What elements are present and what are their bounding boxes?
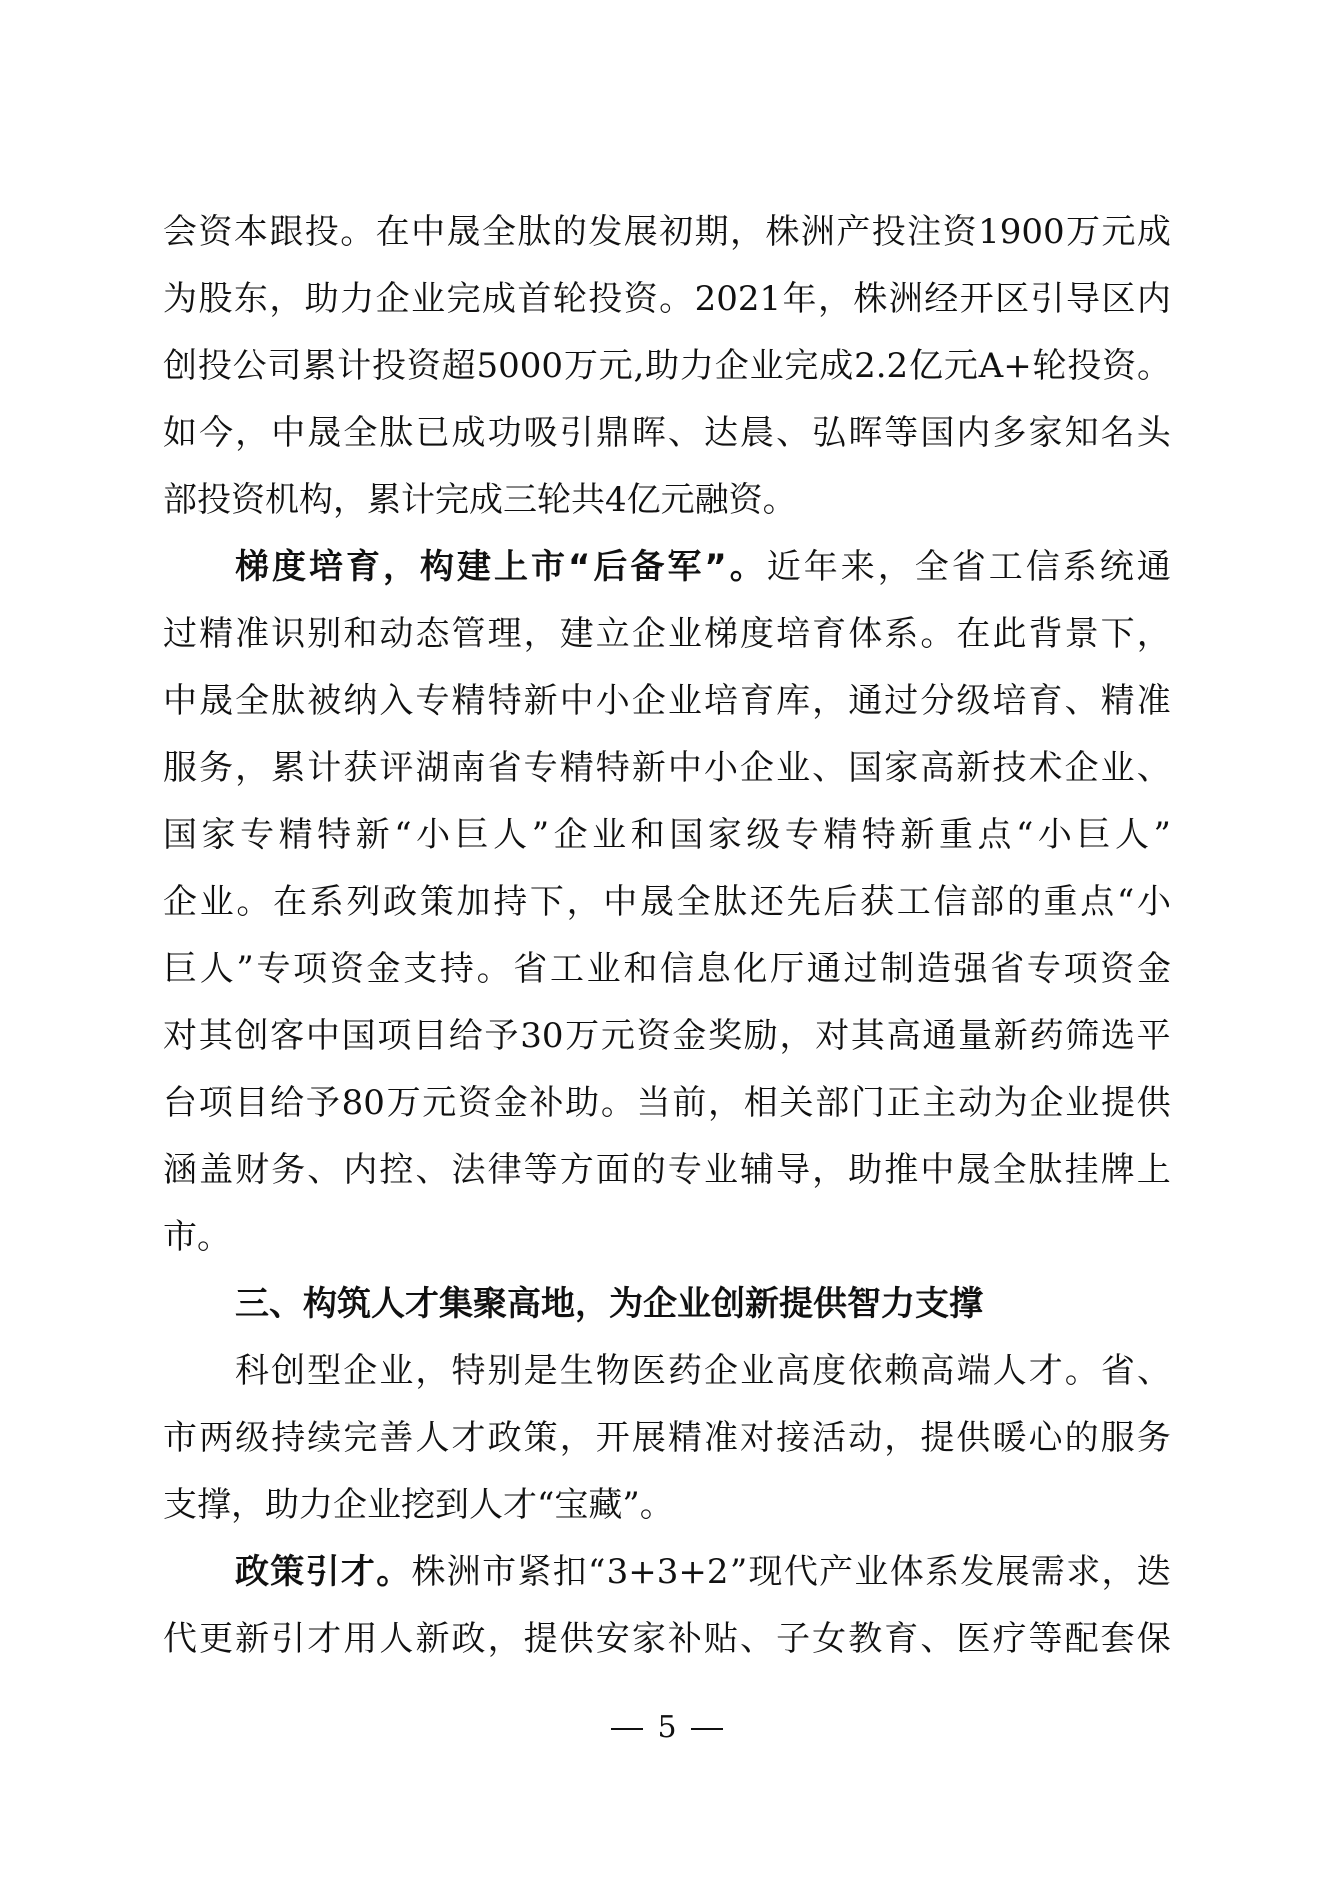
- glyph: 年: [804, 534, 838, 601]
- glyph: 资: [330, 936, 364, 1003]
- glyph: 特: [451, 1338, 485, 1405]
- glyph: 迭: [1137, 1539, 1171, 1606]
- glyph: 市: [163, 1405, 197, 1472]
- glyph: 在: [956, 601, 990, 668]
- glyph: 、: [920, 1606, 954, 1673]
- text-line: 代更新引才用人新政，提供安家补贴、子女教育、医疗等配套保: [163, 1606, 1171, 1673]
- glyph: 内: [343, 1137, 377, 1204]
- glyph: 新: [900, 802, 934, 869]
- paragraph-start-line: 科创型企业，特别是生物医药企业高度依赖高端人才。省、: [163, 1338, 1171, 1405]
- glyph: 工: [897, 869, 931, 936]
- glyph: 全: [343, 400, 377, 467]
- glyph: 通: [807, 936, 841, 1003]
- glyph: 业: [740, 1338, 774, 1405]
- glyph: 涵: [163, 1137, 197, 1204]
- glyph: 中: [411, 199, 445, 266]
- glyph: 业: [1101, 735, 1135, 802]
- glyph: 展: [624, 199, 658, 266]
- glyph: ,: [633, 333, 644, 400]
- glyph: 代: [163, 1606, 197, 1673]
- glyph: 辅: [740, 1137, 774, 1204]
- glyph: 级: [746, 802, 780, 869]
- glyph: 晟: [956, 1137, 990, 1204]
- glyph: 成: [452, 400, 486, 467]
- glyph: 资: [637, 1003, 671, 1070]
- glyph: 的: [1007, 869, 1041, 936]
- glyph: 司: [267, 333, 301, 400]
- glyph: 、: [1137, 1338, 1171, 1405]
- glyph: 晟: [447, 199, 481, 266]
- glyph: 资: [458, 1070, 492, 1137]
- glyph: 。: [920, 601, 954, 668]
- glyph: 。: [1065, 1338, 1099, 1405]
- glyph: 梯: [704, 601, 738, 668]
- glyph: 元: [599, 333, 633, 400]
- glyph: 安: [596, 1606, 630, 1673]
- glyph: 业: [668, 601, 702, 668]
- glyph: 分: [920, 668, 954, 735]
- glyph: 亿: [909, 333, 943, 400]
- page-number: 5: [0, 1708, 1334, 1748]
- glyph: 补: [529, 1070, 563, 1137]
- glyph: 企: [704, 1338, 738, 1405]
- glyph: ，: [730, 199, 764, 266]
- glyph: 目: [234, 1070, 268, 1137]
- glyph: 善: [379, 1405, 413, 1472]
- glyph: 体: [890, 1539, 924, 1606]
- glyph: 下: [1101, 601, 1135, 668]
- glyph: 经: [924, 266, 958, 333]
- glyph: 近: [767, 534, 801, 601]
- page-number-value: 5: [657, 1710, 676, 1745]
- glyph: 的: [632, 1137, 666, 1204]
- glyph: 洲: [447, 1539, 481, 1606]
- glyph: 3+3+2: [607, 1539, 729, 1606]
- glyph: 活: [812, 1405, 846, 1472]
- glyph: 、: [307, 1137, 341, 1204]
- glyph: 系: [310, 869, 344, 936]
- glyph: 。: [601, 1070, 635, 1137]
- glyph: A+: [979, 333, 1032, 400]
- glyph: 万: [387, 1070, 421, 1137]
- glyph: 80: [342, 1070, 385, 1137]
- glyph: 资: [943, 199, 977, 266]
- glyph: 晟: [307, 400, 341, 467]
- glyph: 对: [740, 1405, 774, 1472]
- glyph: 育: [346, 534, 380, 601]
- glyph: 展: [632, 1405, 666, 1472]
- glyph: 教: [848, 1606, 882, 1673]
- glyph: 株: [765, 199, 799, 266]
- glyph: 家: [1029, 400, 1063, 467]
- glyph: 省: [1101, 1338, 1135, 1405]
- glyph: 国: [163, 802, 197, 869]
- glyph: 盖: [199, 1137, 233, 1204]
- glyph: 通: [848, 668, 882, 735]
- glyph: 才: [452, 1405, 486, 1472]
- glyph: 主: [922, 1070, 956, 1137]
- glyph: 元: [944, 333, 978, 400]
- glyph: 区: [995, 266, 1029, 333]
- glyph: 专: [240, 802, 274, 869]
- glyph: 获: [860, 869, 894, 936]
- glyph: 先: [787, 869, 821, 936]
- glyph: 务: [1137, 1405, 1171, 1472]
- glyph: 政: [452, 1606, 486, 1673]
- glyph: 。: [1137, 333, 1171, 400]
- glyph: 评: [379, 735, 413, 802]
- glyph: 体: [848, 601, 882, 668]
- glyph: 度: [740, 601, 774, 668]
- glyph: 育: [812, 601, 846, 668]
- glyph: 对: [815, 1003, 849, 1070]
- glyph: 全: [915, 534, 949, 601]
- glyph: 专: [415, 668, 449, 735]
- glyph: 女: [812, 1606, 846, 1673]
- glyph: 态: [415, 601, 449, 668]
- glyph: 超: [442, 333, 476, 400]
- glyph: 通: [922, 1003, 956, 1070]
- glyph: 加: [457, 869, 491, 936]
- glyph: 法: [452, 1137, 486, 1204]
- glyph: 小: [1038, 802, 1072, 869]
- glyph: 5000: [476, 333, 563, 400]
- glyph: 项: [1064, 936, 1098, 1003]
- glyph: 在: [273, 869, 307, 936]
- glyph: 资: [407, 333, 441, 400]
- glyph: 项: [377, 1003, 411, 1070]
- glyph: 功: [488, 400, 522, 467]
- glyph: 量: [958, 1003, 992, 1070]
- glyph: 业: [668, 668, 702, 735]
- glyph: 创: [163, 333, 197, 400]
- glyph: 产: [819, 1539, 853, 1606]
- glyph: 给: [270, 1070, 304, 1137]
- glyph: 企: [1030, 1070, 1064, 1137]
- glyph: 系: [884, 601, 918, 668]
- glyph: 新: [956, 735, 990, 802]
- glyph: 等: [524, 1137, 558, 1204]
- glyph: 肽: [713, 869, 747, 936]
- glyph: 累: [271, 735, 305, 802]
- paragraph-start-line: 政策引才。株洲市紧扣“3+3+2”现代产业体系发展需求，迭: [163, 1539, 1171, 1606]
- glyph: 后: [593, 534, 627, 601]
- glyph: 培: [776, 601, 810, 668]
- glyph: ，: [235, 735, 269, 802]
- glyph: 其: [851, 1003, 885, 1070]
- glyph: 初: [659, 199, 693, 266]
- glyph: 正: [887, 1070, 921, 1137]
- glyph: 信: [1026, 534, 1060, 601]
- glyph: 专: [785, 802, 819, 869]
- glyph: 为: [163, 266, 197, 333]
- glyph: 特: [596, 735, 630, 802]
- glyph: 的: [553, 199, 587, 266]
- glyph: 头: [1137, 400, 1171, 467]
- glyph: 梯: [235, 534, 269, 601]
- glyph: 中: [271, 400, 305, 467]
- glyph: 金: [494, 1070, 528, 1137]
- glyph: 专: [524, 735, 558, 802]
- glyph: 今: [199, 400, 233, 467]
- glyph: 科: [235, 1338, 269, 1405]
- glyph: 、: [1137, 735, 1171, 802]
- glyph: 奖: [708, 1003, 742, 1070]
- text-line: 市。: [163, 1204, 1171, 1271]
- glyph: 高: [887, 1003, 921, 1070]
- glyph: 此: [992, 601, 1026, 668]
- glyph: 资: [198, 199, 232, 266]
- glyph: 来: [841, 534, 875, 601]
- glyph: 助: [848, 1137, 882, 1204]
- glyph: 新: [356, 802, 390, 869]
- glyph: 部: [970, 869, 1004, 936]
- glyph: 和: [343, 601, 377, 668]
- glyph: 才: [307, 1606, 341, 1673]
- glyph: 中: [668, 735, 702, 802]
- glyph: 发: [960, 1539, 994, 1606]
- glyph: ，: [488, 1606, 522, 1673]
- glyph: 管: [452, 601, 486, 668]
- text-line: 为股东，助力企业完成首轮投资。2021年，株洲经开区引导区内: [163, 266, 1171, 333]
- glyph: 精: [560, 735, 594, 802]
- glyph: ，: [567, 869, 601, 936]
- glyph: 生: [560, 1338, 594, 1405]
- glyph: 项: [199, 1070, 233, 1137]
- glyph: 家: [632, 1606, 666, 1673]
- glyph: 首: [517, 266, 551, 333]
- glyph: 全: [482, 199, 516, 266]
- glyph: 通: [1137, 534, 1171, 601]
- glyph: 台: [163, 1070, 197, 1137]
- glyph: 备: [630, 534, 664, 601]
- glyph: 投: [372, 333, 406, 400]
- glyph: 中: [560, 668, 594, 735]
- glyph: 服: [1101, 1405, 1135, 1472]
- glyph: ，: [560, 1405, 594, 1472]
- glyph: 医: [956, 1606, 990, 1673]
- glyph: 持: [440, 936, 474, 1003]
- glyph: 用: [343, 1606, 377, 1673]
- glyph: 引: [560, 400, 594, 467]
- glyph: 上: [494, 534, 528, 601]
- glyph: 贴: [704, 1606, 738, 1673]
- glyph: 供: [1137, 1070, 1171, 1137]
- glyph: 医: [632, 1338, 666, 1405]
- glyph: 导: [776, 1137, 810, 1204]
- glyph: 动: [958, 1070, 992, 1137]
- glyph: 精: [279, 802, 313, 869]
- glyph: 方: [560, 1137, 594, 1204]
- glyph: 构: [420, 534, 454, 601]
- glyph: 引: [271, 1606, 305, 1673]
- glyph: 企: [1065, 735, 1099, 802]
- body-text: 会资本跟投。在中晟全肽的发展初期，株洲产投注资1900万元成 为股东，助力企业完…: [163, 199, 1171, 1673]
- glyph: 。: [340, 199, 374, 266]
- glyph: 为: [994, 1070, 1028, 1137]
- glyph: ，: [415, 1338, 449, 1405]
- glyph: 株: [411, 1539, 445, 1606]
- glyph: 国: [920, 400, 954, 467]
- glyph: 新: [994, 1003, 1028, 1070]
- glyph: 准: [704, 1405, 738, 1472]
- text-line: 涵盖财务、内控、法律等方面的专业辅导，助推中晟全肽挂牌上: [163, 1137, 1171, 1204]
- glyph: 点: [977, 802, 1011, 869]
- glyph: 在: [376, 199, 410, 266]
- glyph: 别: [488, 1338, 522, 1405]
- glyph: 晖: [632, 400, 666, 467]
- glyph: 金: [1137, 936, 1171, 1003]
- glyph: 。: [376, 1539, 410, 1606]
- glyph: 业: [750, 333, 784, 400]
- text-line: 巨人”专项资金支持。省工业和信息化厅通过制造强省专项资金: [163, 936, 1171, 1003]
- glyph: 投: [588, 266, 622, 333]
- glyph: ”: [704, 534, 726, 601]
- glyph: 、: [776, 400, 810, 467]
- glyph: 助: [565, 1070, 599, 1137]
- glyph: 鼎: [596, 400, 630, 467]
- glyph: 新: [524, 668, 558, 735]
- glyph: 工: [550, 936, 584, 1003]
- glyph: ，: [812, 1137, 846, 1204]
- glyph: 资: [624, 266, 658, 333]
- glyph: 专: [1027, 936, 1061, 1003]
- glyph: 全: [235, 668, 269, 735]
- glyph: 名: [1101, 400, 1135, 467]
- glyph: 培: [992, 668, 1026, 735]
- text-line: 市两级持续完善人才政策，开展精准对接活动，提供暖心的服务: [163, 1405, 1171, 1472]
- glyph: 人: [1115, 802, 1149, 869]
- glyph: ”: [236, 936, 253, 1003]
- glyph: 元: [422, 1070, 456, 1137]
- glyph: 动: [379, 601, 413, 668]
- glyph: 力: [680, 333, 714, 400]
- glyph: 药: [668, 1338, 702, 1405]
- glyph: 资: [1102, 333, 1136, 400]
- glyph: 律: [488, 1137, 522, 1204]
- glyph: 注: [907, 199, 941, 266]
- glyph: 金: [367, 936, 401, 1003]
- glyph: 前: [672, 1070, 706, 1137]
- glyph: 挂: [1065, 1137, 1099, 1204]
- glyph: 面: [596, 1137, 630, 1204]
- glyph: 续: [307, 1405, 341, 1472]
- glyph: 需: [1031, 1539, 1065, 1606]
- glyph: 供: [956, 1405, 990, 1472]
- glyph: 企: [715, 333, 749, 400]
- glyph: 识: [271, 601, 305, 668]
- glyph: 计: [337, 333, 371, 400]
- glyph: 投: [1067, 333, 1101, 400]
- glyph: ”: [730, 1539, 747, 1606]
- glyph: 开: [596, 1405, 630, 1472]
- glyph: 企: [554, 802, 588, 869]
- glyph: 。: [730, 534, 764, 601]
- glyph: 持: [493, 869, 527, 936]
- glyph: 策: [420, 869, 454, 936]
- glyph: 技: [992, 735, 1026, 802]
- glyph: 关: [779, 1070, 813, 1137]
- glyph: 省: [513, 936, 547, 1003]
- glyph: 药: [1030, 1003, 1064, 1070]
- glyph: 东: [234, 266, 268, 333]
- glyph: 晟: [199, 668, 233, 735]
- text-line: 国家专精特新“小巨人”企业和国家级专精特新重点“小巨人”: [163, 802, 1171, 869]
- glyph: 人: [379, 1606, 413, 1673]
- glyph: ，: [779, 1003, 813, 1070]
- glyph: 小: [704, 735, 738, 802]
- glyph: 全: [992, 1137, 1026, 1204]
- glyph: 务: [271, 1137, 305, 1204]
- glyph: 精: [199, 601, 233, 668]
- glyph: 信: [660, 936, 694, 1003]
- glyph: 、: [812, 735, 846, 802]
- glyph: 国: [669, 802, 703, 869]
- glyph: ，: [884, 1405, 918, 1472]
- glyph: ，: [818, 266, 852, 333]
- dash-left: [611, 1728, 643, 1730]
- glyph: 达: [704, 400, 738, 467]
- glyph: 人: [993, 1338, 1027, 1405]
- glyph: 累: [302, 333, 336, 400]
- text-line: 中晟全肽被纳入专精特新中小企业培育库，通过分级培育、精准: [163, 668, 1171, 735]
- glyph: 小: [1137, 869, 1171, 936]
- glyph: 筛: [1065, 1003, 1099, 1070]
- glyph: 点: [1080, 869, 1114, 936]
- glyph: 人: [200, 936, 234, 1003]
- glyph: 重: [939, 802, 973, 869]
- glyph: 投: [198, 333, 232, 400]
- glyph: 企: [632, 668, 666, 735]
- glyph: 、: [415, 1137, 449, 1204]
- glyph: 相: [744, 1070, 778, 1137]
- glyph: 培: [309, 534, 343, 601]
- glyph: 平: [1137, 1003, 1171, 1070]
- glyph: 资: [1100, 936, 1134, 1003]
- glyph: 肽: [379, 400, 413, 467]
- glyph: 的: [1065, 1405, 1099, 1472]
- glyph: 端: [957, 1338, 991, 1405]
- glyph: 特: [862, 802, 896, 869]
- glyph: 专: [668, 1137, 702, 1204]
- glyph: 企: [343, 1338, 377, 1405]
- glyph: 制: [880, 936, 914, 1003]
- glyph: 务: [199, 735, 233, 802]
- glyph: 政: [235, 1539, 269, 1606]
- glyph: 准: [1137, 668, 1171, 735]
- glyph: 轮: [1033, 333, 1067, 400]
- glyph: 股: [198, 266, 232, 333]
- glyph: 列: [346, 869, 380, 936]
- glyph: 度: [812, 1338, 846, 1405]
- glyph: 。: [236, 869, 270, 936]
- glyph: 业: [592, 802, 626, 869]
- glyph: 是: [524, 1338, 558, 1405]
- glyph: 息: [697, 936, 731, 1003]
- glyph: 计: [307, 735, 341, 802]
- glyph: 晖: [848, 400, 882, 467]
- glyph: 才: [1029, 1338, 1063, 1405]
- glyph: 推: [884, 1137, 918, 1204]
- text-line: 创投公司累计投资超5000万元,助力企业完成2.2亿元A+轮投资。: [163, 333, 1171, 400]
- glyph: 提: [920, 1405, 954, 1472]
- glyph: 成: [482, 266, 516, 333]
- glyph: 上: [1137, 1137, 1171, 1204]
- glyph: 小: [596, 668, 630, 735]
- glyph: ，: [524, 601, 558, 668]
- glyph: 完: [447, 266, 481, 333]
- glyph: 引: [1031, 266, 1065, 333]
